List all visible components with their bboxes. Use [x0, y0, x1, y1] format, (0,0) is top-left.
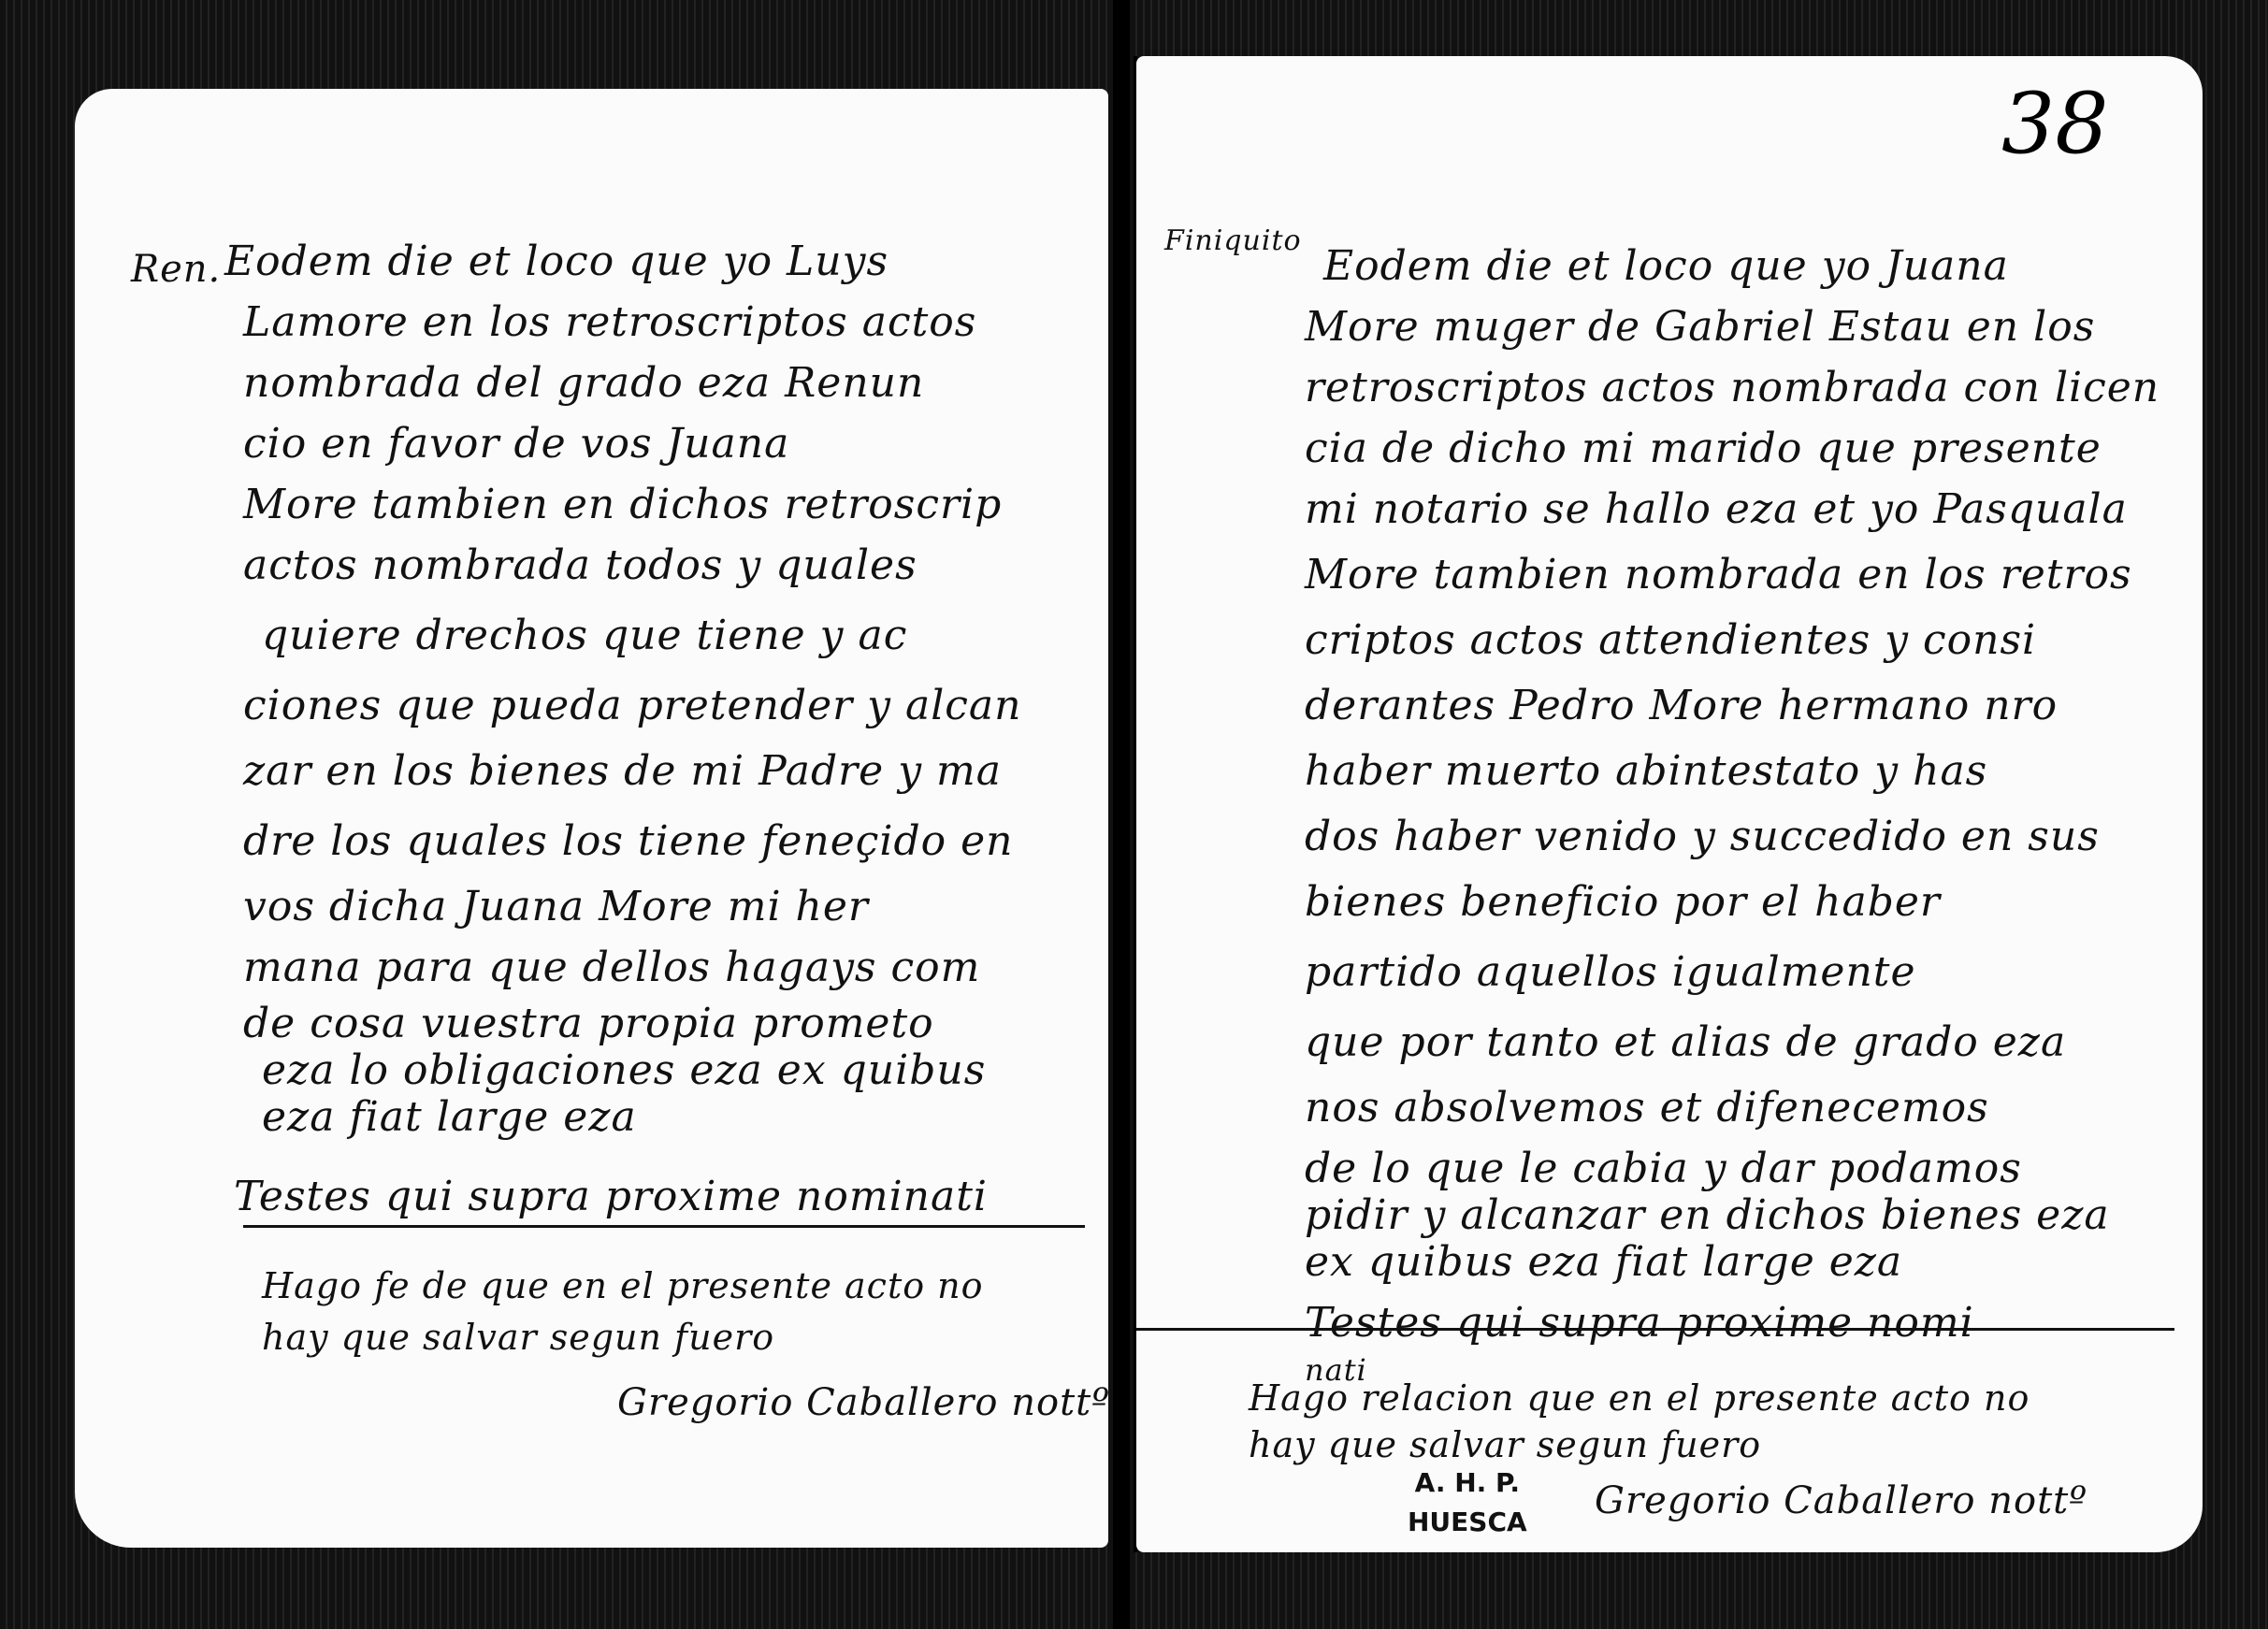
- witnesses-line: Testes qui supra proxime nomi: [1305, 1290, 1974, 1356]
- text-line: vos dicha Juana More mi her: [243, 874, 869, 940]
- text-line: criptos actos attendientes y consi: [1305, 608, 2036, 673]
- text-line: dos haber venido y succedido en sus: [1305, 804, 2100, 870]
- notary-signature: Gregorio Caballero nottº: [617, 1370, 1110, 1435]
- stamp-line-1: A. H. P.: [1408, 1463, 1527, 1503]
- text-line: eza fiat large eza: [262, 1085, 637, 1150]
- text-line: More tambien nombrada en los retros: [1305, 542, 2132, 608]
- right-margin-note: Finiquito: [1164, 224, 1302, 257]
- text-line: que por tanto et alias de grado eza: [1305, 1010, 2066, 1075]
- folio-number: 38: [2001, 75, 2109, 173]
- text-line: mi notario se hallo eza et yo Pasquala: [1305, 477, 2128, 542]
- text-line: ciones que pueda pretender y alcan: [243, 673, 1022, 739]
- text-line: retroscriptos actos nombrada con licen: [1305, 355, 2160, 421]
- divider-rule: [243, 1225, 1085, 1228]
- notary-signature: Gregorio Caballero nottº: [1595, 1468, 2087, 1534]
- book-gutter: [1113, 0, 1130, 1629]
- text-line: Eodem die et loco que yo Juana: [1323, 234, 2009, 299]
- divider-rule: [1136, 1328, 2174, 1331]
- text-line: actos nombrada todos y quales: [243, 533, 917, 598]
- text-line: More tambien en dichos retroscrip: [243, 472, 1002, 538]
- left-page: Ren. Eodem die et loco que yo Luys Lamor…: [75, 89, 1108, 1548]
- text-line: dre los quales los tiene feneçido en: [243, 809, 1014, 874]
- left-margin-note: Ren.: [131, 248, 221, 291]
- stamp-line-2: HUESCA: [1408, 1503, 1527, 1542]
- text-line: nombrada del grado eza Renun: [243, 351, 924, 416]
- text-line: cia de dicho mi marido que presente: [1305, 416, 2102, 482]
- text-line: derantes Pedro More hermano nro: [1305, 673, 2058, 739]
- text-line: partido aquellos igualmente: [1305, 940, 1916, 1005]
- text-line: cio en favor de vos Juana: [243, 411, 789, 477]
- text-line: zar en los bienes de mi Padre y ma: [243, 739, 1002, 804]
- text-line: haber muerto abintestato y has: [1305, 739, 1987, 804]
- text-line: More muger de Gabriel Estau en los: [1305, 295, 2095, 360]
- witnesses-line: Testes qui supra proxime nominati: [234, 1164, 988, 1230]
- notary-note-line: hay que salvar segun fuero: [262, 1305, 774, 1370]
- text-line: nos absolvemos et difenecemos: [1305, 1075, 1989, 1141]
- text-line: Lamore en los retroscriptos actos: [243, 290, 976, 355]
- text-line: quiere drechos que tiene y ac: [262, 603, 907, 669]
- right-page: Finiquito Eodem die et loco que yo Juana…: [1136, 56, 2203, 1552]
- archive-stamp: A. H. P. HUESCA: [1408, 1463, 1527, 1542]
- text-line: ex quibus eza fiat large eza: [1305, 1230, 1902, 1295]
- text-line: bienes beneficio por el haber: [1305, 870, 1941, 935]
- text-line: Eodem die et loco que yo Luys: [224, 229, 888, 295]
